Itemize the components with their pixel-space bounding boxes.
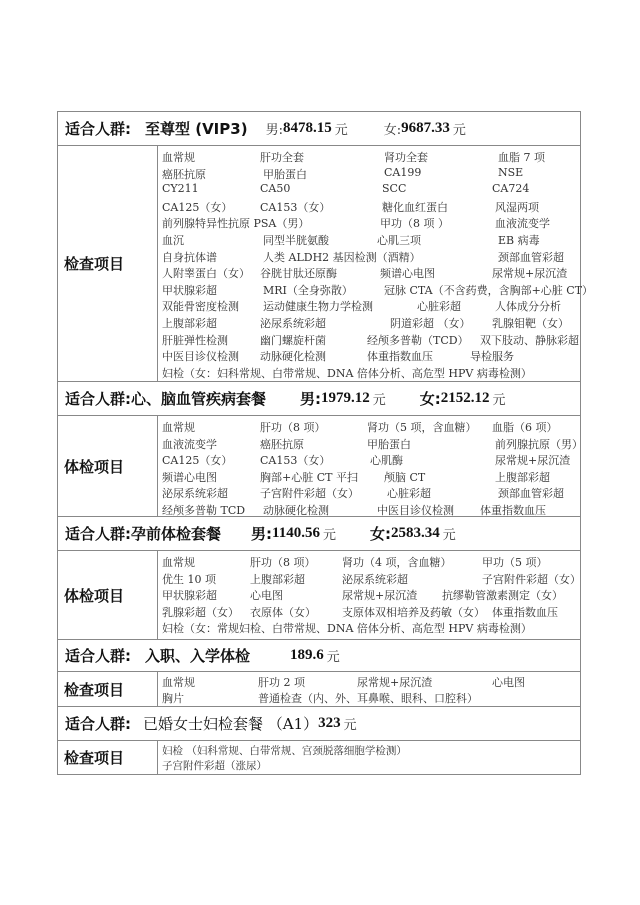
item: 前列腺特异性抗原 PSA（男） xyxy=(162,215,309,231)
item: CA153（女） xyxy=(260,452,330,468)
item: 人体成分分析 xyxy=(495,298,561,314)
item-row: 双能骨密度检测运动健康生物力学检测心脏彩超人体成分分析 xyxy=(162,297,580,314)
item: 血沉 xyxy=(162,232,184,248)
item: 人附睾蛋白（女） xyxy=(162,265,250,281)
item: 体重指数血压 xyxy=(367,348,433,364)
male-price: 1979.12 xyxy=(321,390,370,407)
item-row: 血常规肝功（8 项）肾功（5 项，含血糖）血脂（6 项） xyxy=(162,418,580,435)
item: 运动健康生物力学检测 xyxy=(263,298,373,314)
item: MRI（全身弥散） xyxy=(263,282,353,298)
item-row: 乳腺彩超（女）衣原体（女）支原体双相培养及药敏（女）体重指数血压 xyxy=(162,603,580,620)
item: 乳腺彩超（女） xyxy=(162,604,239,620)
item: 肾功全套 xyxy=(384,149,428,165)
item: 心脏彩超 xyxy=(387,485,431,501)
item: 双能骨密度检测 xyxy=(162,298,239,314)
item-row: 妇检（女：常规妇检、白带常规、DNA 倍体分析、高危型 HPV 病毒检测） xyxy=(162,619,580,636)
item: 颈部血管彩超 xyxy=(498,249,564,265)
male-label: 男: xyxy=(300,388,321,409)
item: 泌尿系统彩超 xyxy=(260,315,326,331)
package-name: 至尊型 (VIP3) xyxy=(145,118,248,139)
item: 癌胚抗原 xyxy=(162,166,206,182)
item-row: 子宫附件彩超（涨尿） xyxy=(162,757,580,772)
item: 支原体双相培养及药敏（女） xyxy=(342,604,485,620)
item: 甲胎蛋白 xyxy=(263,166,307,182)
item-row: 妇检（女：妇科常规、白带常规、DNA 倍体分析、高危型 HPV 病毒检测） xyxy=(162,364,580,381)
item: 血常规 xyxy=(162,419,195,435)
item: 甲状腺彩超 xyxy=(162,587,217,603)
item: 阴道彩超 （女） xyxy=(390,315,471,331)
item-row: CY211CA50SCCCA724 xyxy=(162,181,580,198)
item: 甲功（8 项 ） xyxy=(380,215,449,231)
package-items-prepregnancy: 体检项目 血常规肝功（8 项）肾功（4 项，含血糖）甲功（5 项） 优生 10 … xyxy=(58,551,580,640)
item: 子宫附件彩超（女） xyxy=(260,485,359,501)
item: 抗缪勒管激素测定（女） xyxy=(442,587,563,603)
section-label: 体检项目 xyxy=(58,416,158,516)
item: 血常规 xyxy=(162,674,195,690)
target-group-label: 适合人群: xyxy=(65,645,131,666)
item: 尿常规+尿沉渣 xyxy=(357,674,432,690)
item-row: 癌胚抗原甲胎蛋白CA199NSE xyxy=(162,165,580,182)
item: 上腹部彩超 xyxy=(495,469,550,485)
package-items-entry: 检查项目 血常规肝功 2 项尿常规+尿沉渣心电图 胸片普通检查（内、外、耳鼻喉、… xyxy=(58,672,580,707)
item: 糖化血红蛋白 xyxy=(382,199,448,215)
item-row: 胸片普通检查（内、外、耳鼻喉、眼科、口腔科） xyxy=(162,689,580,705)
female-price: 2583.34 xyxy=(391,525,440,542)
item: 胸片 xyxy=(162,690,184,706)
currency-unit: 元 xyxy=(443,524,456,543)
item: 肾功（5 项，含血糖） xyxy=(367,419,477,435)
currency-unit: 元 xyxy=(335,119,348,138)
package-header-gynecology: 适合人群: 已婚女士妇检套餐 （A1） 323 元 xyxy=(58,707,580,741)
item: 心肌酶 xyxy=(370,452,403,468)
item-row: 经颅多普勒 TCD动脉硬化检测中医目诊仪检测体重指数血压 xyxy=(162,501,580,518)
item: 泌尿系统彩超 xyxy=(162,485,228,501)
target-group-label: 适合人群: xyxy=(65,713,131,734)
item: 泌尿系统彩超 xyxy=(342,571,408,587)
item: CA125（女） xyxy=(162,199,232,215)
item: 体重指数血压 xyxy=(480,502,546,518)
item: 谷胱甘肽还原酶 xyxy=(260,265,337,281)
section-label: 检查项目 xyxy=(58,741,158,774)
item: 血常规 xyxy=(162,554,195,570)
package-table: 适合人群: 至尊型 (VIP3) 男: 8478.15 元 女: 9687.33… xyxy=(57,111,581,775)
package-name: 入职、入学体检 xyxy=(145,645,250,666)
item: 子宫附件彩超（女） xyxy=(482,571,581,587)
item-row: CA125（女）CA153（女）心肌酶尿常规+尿沉渣 xyxy=(162,451,580,468)
item: 尿常规+尿沉渣 xyxy=(342,587,417,603)
package-name: 孕前体检套餐 xyxy=(131,523,221,544)
item: 心电图 xyxy=(250,587,283,603)
item: 风湿两项 xyxy=(495,199,539,215)
item: 尿常规+尿沉渣 xyxy=(492,265,567,281)
item-row: 甲状腺彩超心电图尿常规+尿沉渣抗缪勒管激素测定（女） xyxy=(162,586,580,603)
item-row: 甲状腺彩超MRI（全身弥散）冠脉 CTA（不含药费，含胸部+心脏 CT） xyxy=(162,281,580,298)
item: 妇检 （妇科常规、白带常规、宫颈脱落细胞学检测） xyxy=(162,743,407,758)
item: 血常规 xyxy=(162,149,195,165)
item: SCC xyxy=(382,182,406,195)
item: 经颅多普勒（TCD） xyxy=(367,332,469,348)
price: 189.6 xyxy=(290,647,324,664)
item: CA153（女） xyxy=(260,199,330,215)
item: 甲状腺彩超 xyxy=(162,282,217,298)
currency-unit: 元 xyxy=(323,524,336,543)
item: 乳腺钼靶（女） xyxy=(492,315,569,331)
item-row: 优生 10 项上腹部彩超泌尿系统彩超子宫附件彩超（女） xyxy=(162,570,580,587)
item: 甲功（5 项） xyxy=(482,554,548,570)
item: 甲胎蛋白 xyxy=(367,436,411,452)
female-label: 女: xyxy=(384,119,401,138)
target-group-label: 适合人群: xyxy=(65,523,131,544)
item: 肝脏弹性检测 xyxy=(162,332,228,348)
currency-unit: 元 xyxy=(327,646,340,665)
item-row: CA125（女）CA153（女）糖化血红蛋白风湿两项 xyxy=(162,198,580,215)
item: 频谱心电图 xyxy=(380,265,435,281)
item: 前列腺抗原（男） xyxy=(495,436,583,452)
female-price: 9687.33 xyxy=(401,120,450,137)
item: NSE xyxy=(498,166,523,179)
item: 双下肢动、静脉彩超 xyxy=(480,332,579,348)
item: 冠脉 CTA（不含药费，含胸部+心脏 CT） xyxy=(384,282,593,298)
item: 中医目诊仪检测 xyxy=(377,502,454,518)
item: 体重指数血压 xyxy=(492,604,558,620)
item-row: 血液流变学癌胚抗原甲胎蛋白前列腺抗原（男） xyxy=(162,435,580,452)
item: 肝功（8 项） xyxy=(250,554,316,570)
package-header-prepregnancy: 适合人群: 孕前体检套餐 男: 1140.56 元 女: 2583.34 元 xyxy=(58,517,580,551)
item: CY211 xyxy=(162,182,199,195)
item: 血液流变学 xyxy=(495,215,550,231)
item-row: 血常规肝功全套肾功全套血脂 7 项 xyxy=(162,148,580,165)
item-row: 肝脏弹性检测幽门螺旋杆菌经颅多普勒（TCD）双下肢动、静脉彩超 xyxy=(162,331,580,348)
item: 颈部血管彩超 xyxy=(498,485,564,501)
item: 癌胚抗原 xyxy=(260,436,304,452)
item: 血脂 7 项 xyxy=(498,149,545,165)
target-group-label: 适合人群: xyxy=(65,388,131,409)
item: 胸部+心脏 CT 平扫 xyxy=(260,469,358,485)
item: 尿常规+尿沉渣 xyxy=(495,452,570,468)
item: EB 病毒 xyxy=(498,232,540,248)
item: 幽门螺旋杆菌 xyxy=(260,332,326,348)
item-row: 血沉同型半胱氨酸心肌三项EB 病毒 xyxy=(162,231,580,248)
female-label: 女: xyxy=(420,388,441,409)
item: 上腹部彩超 xyxy=(250,571,305,587)
section-label: 检查项目 xyxy=(58,672,158,706)
item: 肝功（8 项） xyxy=(260,419,326,435)
item: 导检服务 xyxy=(470,348,514,364)
item: 心电图 xyxy=(492,674,525,690)
item: 自身抗体谱 xyxy=(162,249,217,265)
item: 肝功全套 xyxy=(260,149,304,165)
item: 优生 10 项 xyxy=(162,571,216,587)
item: 经颅多普勒 TCD xyxy=(162,502,245,518)
item-row: 前列腺特异性抗原 PSA（男）甲功（8 项 ）血液流变学 xyxy=(162,214,580,231)
currency-unit: 元 xyxy=(373,389,386,408)
item: CA50 xyxy=(260,182,290,195)
section-label: 检查项目 xyxy=(58,146,158,381)
item-row: 人附睾蛋白（女）谷胱甘肽还原酶频谱心电图尿常规+尿沉渣 xyxy=(162,264,580,281)
package-name: 已婚女士妇检套餐 （A1） xyxy=(143,713,318,734)
currency-unit: 元 xyxy=(453,119,466,138)
item: 肾功（4 项，含血糖） xyxy=(342,554,452,570)
item-list: 血常规肝功（8 项）肾功（5 项，含血糖）血脂（6 项） 血液流变学癌胚抗原甲胎… xyxy=(158,416,580,516)
item-row: 泌尿系统彩超子宫附件彩超（女）心脏彩超颈部血管彩超 xyxy=(162,484,580,501)
item: 颅脑 CT xyxy=(384,469,425,485)
target-group-label: 适合人群: xyxy=(65,118,131,139)
item: 频谱心电图 xyxy=(162,469,217,485)
item-row: 自身抗体谱人类 ALDH2 基因检测（酒精）颈部血管彩超 xyxy=(162,248,580,265)
item-list: 妇检 （妇科常规、白带常规、宫颈脱落细胞学检测） 子宫附件彩超（涨尿） xyxy=(158,741,580,774)
male-price: 8478.15 xyxy=(283,120,332,137)
currency-unit: 元 xyxy=(493,389,506,408)
item-list: 血常规肝功（8 项）肾功（4 项，含血糖）甲功（5 项） 优生 10 项上腹部彩… xyxy=(158,551,580,639)
item: 子宫附件彩超（涨尿） xyxy=(162,758,267,773)
item: 同型半胱氨酸 xyxy=(263,232,329,248)
item: CA199 xyxy=(384,166,421,179)
item: 心肌三项 xyxy=(377,232,421,248)
item-row: 妇检 （妇科常规、白带常规、宫颈脱落细胞学检测） xyxy=(162,742,580,757)
male-price: 1140.56 xyxy=(272,525,320,542)
item: 普通检查（内、外、耳鼻喉、眼科、口腔科） xyxy=(258,690,478,706)
item: 人类 ALDH2 基因检测（酒精） xyxy=(263,249,421,265)
package-items-cardio: 体检项目 血常规肝功（8 项）肾功（5 项，含血糖）血脂（6 项） 血液流变学癌… xyxy=(58,416,580,517)
female-label: 女: xyxy=(370,523,391,544)
item: 中医目诊仪检测 xyxy=(162,348,239,364)
item-list: 血常规肝功全套肾功全套血脂 7 项 癌胚抗原甲胎蛋白CA199NSE CY211… xyxy=(158,146,580,381)
item-row: 中医目诊仪检测动脉硬化检测体重指数血压导检服务 xyxy=(162,347,580,364)
item-row: 血常规肝功（8 项）肾功（4 项，含血糖）甲功（5 项） xyxy=(162,553,580,570)
item: 上腹部彩超 xyxy=(162,315,217,331)
package-header-vip3: 适合人群: 至尊型 (VIP3) 男: 8478.15 元 女: 9687.33… xyxy=(58,112,580,146)
item-list: 血常规肝功 2 项尿常规+尿沉渣心电图 胸片普通检查（内、外、耳鼻喉、眼科、口腔… xyxy=(158,672,580,706)
female-price: 2152.12 xyxy=(441,390,490,407)
package-items-vip3: 检查项目 血常规肝功全套肾功全套血脂 7 项 癌胚抗原甲胎蛋白CA199NSE … xyxy=(58,146,580,382)
currency-unit: 元 xyxy=(344,714,357,733)
item: 衣原体（女） xyxy=(250,604,316,620)
item-row: 上腹部彩超泌尿系统彩超阴道彩超 （女）乳腺钼靶（女） xyxy=(162,314,580,331)
item: 妇检（女：妇科常规、白带常规、DNA 倍体分析、高危型 HPV 病毒检测） xyxy=(162,365,532,381)
item: 血脂（6 项） xyxy=(492,419,558,435)
item: 肝功 2 项 xyxy=(258,674,305,690)
price: 323 xyxy=(318,715,341,732)
package-name: 心、脑血管疾病套餐 xyxy=(131,388,266,409)
item: CA724 xyxy=(492,182,529,195)
item: CA125（女） xyxy=(162,452,232,468)
item: 血液流变学 xyxy=(162,436,217,452)
male-label: 男: xyxy=(266,119,283,138)
item-row: 频谱心电图胸部+心脏 CT 平扫颅脑 CT上腹部彩超 xyxy=(162,468,580,485)
section-label: 体检项目 xyxy=(58,551,158,639)
package-header-entry: 适合人群: 入职、入学体检 189.6 元 xyxy=(58,640,580,672)
item-row: 血常规肝功 2 项尿常规+尿沉渣心电图 xyxy=(162,673,580,689)
male-label: 男: xyxy=(251,523,272,544)
package-items-gynecology: 检查项目 妇检 （妇科常规、白带常规、宫颈脱落细胞学检测） 子宫附件彩超（涨尿） xyxy=(58,741,580,774)
package-header-cardio: 适合人群: 心、脑血管疾病套餐 男: 1979.12 元 女: 2152.12 … xyxy=(58,382,580,416)
item: 心脏彩超 xyxy=(417,298,461,314)
item: 妇检（女：常规妇检、白带常规、DNA 倍体分析、高危型 HPV 病毒检测） xyxy=(162,620,532,636)
item: 动脉硬化检测 xyxy=(260,348,326,364)
item: 动脉硬化检测 xyxy=(263,502,329,518)
